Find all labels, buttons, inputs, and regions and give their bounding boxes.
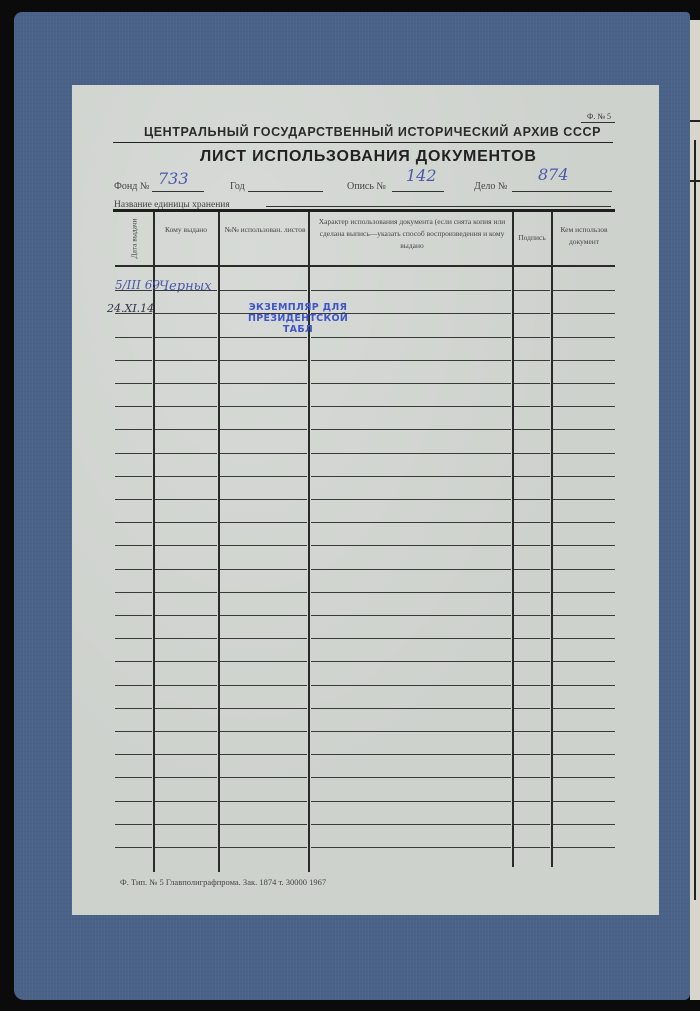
row-rule — [220, 360, 307, 361]
row-rule — [553, 360, 615, 361]
row-rule — [220, 592, 307, 593]
row-rule — [115, 754, 152, 755]
row-rule — [514, 522, 550, 523]
row-rule — [514, 429, 550, 430]
row-rule — [514, 290, 550, 291]
row-rule — [115, 615, 152, 616]
row-rule — [115, 801, 152, 802]
row-rule — [514, 708, 550, 709]
form-number: Ф. № 5 — [581, 112, 615, 123]
stamp-line-2: ПРЕЗИДЕНТСКОЙ — [248, 313, 348, 324]
row-rule — [155, 824, 217, 825]
row-rule — [115, 313, 152, 314]
row-rule — [220, 290, 307, 291]
row-rule — [155, 545, 217, 546]
row-rule — [220, 569, 307, 570]
presidential-copy-stamp: ЭКЗЕМПЛЯР ДЛЯ ПРЕЗИДЕНТСКОЙ ТАБЛ — [248, 302, 348, 335]
row-rule — [514, 592, 550, 593]
row-rule — [311, 777, 511, 778]
archive-name: ЦЕНТРАЛЬНЫЙ ГОСУДАРСТВЕННЫЙ ИСТОРИЧЕСКИЙ… — [144, 125, 601, 139]
row-rule — [553, 661, 615, 662]
row-rule — [155, 406, 217, 407]
delo-value[interactable]: 874 — [538, 165, 569, 184]
row-rule — [155, 847, 217, 848]
fond-value[interactable]: 733 — [158, 169, 189, 188]
row-rule — [115, 824, 152, 825]
row-rule — [115, 453, 152, 454]
row-rule — [311, 290, 511, 291]
row-rule — [553, 847, 615, 848]
header-signature: Подпись — [514, 232, 550, 244]
row-rule — [311, 708, 511, 709]
row-rule — [514, 685, 550, 686]
opis-value[interactable]: 142 — [406, 166, 437, 185]
row-rule — [514, 476, 550, 477]
row-rule — [220, 661, 307, 662]
row-rule — [514, 777, 550, 778]
stamp-line-1: ЭКЗЕМПЛЯР ДЛЯ — [248, 302, 348, 313]
row-rule — [553, 824, 615, 825]
fond-line — [152, 191, 204, 192]
row-rule — [514, 406, 550, 407]
header-issued-to: Кому выдано — [157, 224, 215, 236]
opis-line — [392, 191, 444, 192]
row-rule — [311, 685, 511, 686]
row-rule — [514, 337, 550, 338]
row-rule — [514, 313, 550, 314]
row-rule — [155, 638, 217, 639]
row-rule — [115, 476, 152, 477]
row-rule — [553, 777, 615, 778]
row-rule — [514, 638, 550, 639]
row-rule — [311, 383, 511, 384]
row-rule — [553, 499, 615, 500]
row-rule — [155, 453, 217, 454]
row-rule — [311, 545, 511, 546]
year-label: Год — [230, 181, 245, 192]
row-rule — [155, 569, 217, 570]
row-rule — [553, 476, 615, 477]
row-rule — [115, 685, 152, 686]
row-rule — [514, 499, 550, 500]
row-rule — [553, 453, 615, 454]
row-rule — [220, 337, 307, 338]
row-rule — [553, 313, 615, 314]
opis-label: Опись № — [347, 181, 386, 192]
delo-label: Дело № — [474, 181, 507, 192]
row-rule — [514, 360, 550, 361]
row-rule — [311, 754, 511, 755]
row-rule — [115, 499, 152, 500]
row-rule — [155, 685, 217, 686]
row-rule — [220, 453, 307, 454]
col-divider — [512, 212, 514, 867]
row-rule — [514, 661, 550, 662]
row-rule — [514, 615, 550, 616]
row-rule — [115, 383, 152, 384]
row-rule — [155, 383, 217, 384]
row-rule — [115, 290, 152, 291]
row-rule — [220, 406, 307, 407]
row-rule — [155, 777, 217, 778]
row-rule — [220, 801, 307, 802]
row-rule — [553, 522, 615, 523]
row-rule — [514, 754, 550, 755]
row-rule — [311, 337, 511, 338]
row-rule — [155, 522, 217, 523]
row-rule — [553, 569, 615, 570]
row-rule — [115, 429, 152, 430]
row-rule — [311, 522, 511, 523]
row-rule — [311, 569, 511, 570]
row-rule — [155, 731, 217, 732]
row-rule — [220, 383, 307, 384]
row-rule — [553, 685, 615, 686]
row-rule — [311, 615, 511, 616]
row-rule — [220, 429, 307, 430]
stamp-line-3: ТАБЛ — [248, 324, 348, 335]
print-imprint: Ф. Тип. № 5 Главполиграфпрома. Зак. 1874… — [120, 877, 326, 887]
fond-label: Фонд № — [114, 181, 149, 192]
divider — [113, 142, 613, 143]
row-rule — [115, 708, 152, 709]
row-rule — [311, 592, 511, 593]
unit-name-line — [266, 206, 611, 207]
row-rule — [553, 592, 615, 593]
row-rule — [311, 801, 511, 802]
row-rule — [553, 545, 615, 546]
row-rule — [220, 685, 307, 686]
row-rule — [220, 545, 307, 546]
row-rule — [155, 708, 217, 709]
page-title: ЛИСТ ИСПОЛЬЗОВАНИЯ ДОКУМЕНТОВ — [200, 148, 537, 166]
row-1-issued-to[interactable]: Черных — [159, 279, 212, 294]
row-rule — [311, 406, 511, 407]
row-rule — [311, 731, 511, 732]
row-rule — [553, 731, 615, 732]
row-rule — [220, 522, 307, 523]
row-rule — [220, 499, 307, 500]
row-rule — [220, 777, 307, 778]
row-rule — [115, 731, 152, 732]
row-rule — [553, 383, 615, 384]
row-rule — [553, 801, 615, 802]
row-rule — [220, 847, 307, 848]
delo-line — [512, 191, 612, 192]
row-rule — [155, 337, 217, 338]
row-rule — [514, 824, 550, 825]
row-rule — [311, 360, 511, 361]
row-rule — [514, 569, 550, 570]
year-line — [248, 191, 323, 192]
row-rule — [311, 638, 511, 639]
row-rule — [220, 708, 307, 709]
row-rule — [115, 360, 152, 361]
row-rule — [514, 731, 550, 732]
row-rule — [220, 754, 307, 755]
row-rule — [115, 337, 152, 338]
row-rule — [311, 453, 511, 454]
row-rule — [514, 545, 550, 546]
row-rule — [220, 638, 307, 639]
row-rule — [115, 545, 152, 546]
row-rule — [553, 429, 615, 430]
row-rule — [553, 337, 615, 338]
row-rule — [115, 569, 152, 570]
row-rule — [553, 708, 615, 709]
row-rule — [115, 406, 152, 407]
row-rule — [155, 615, 217, 616]
row-rule — [115, 638, 152, 639]
adjacent-page-edge — [690, 20, 700, 1000]
row-rule — [115, 777, 152, 778]
row-rule — [311, 661, 511, 662]
row-rule — [553, 638, 615, 639]
row-rule — [155, 290, 217, 291]
row-rule — [155, 499, 217, 500]
row-rule — [311, 847, 511, 848]
header-usage: Характер использования документа (если с… — [314, 216, 510, 252]
row-rule — [311, 429, 511, 430]
row-rule — [155, 360, 217, 361]
header-sheets: №№ использован. листов — [223, 224, 307, 236]
row-rule — [115, 592, 152, 593]
header-used-by: Кем использов документ — [553, 224, 615, 248]
row-rule — [311, 499, 511, 500]
row-rule — [155, 313, 217, 314]
row-rule — [553, 290, 615, 291]
row-rule — [155, 754, 217, 755]
header-date-cell: Дата выдачи — [117, 220, 151, 264]
row-rule — [115, 522, 152, 523]
row-rule — [553, 754, 615, 755]
row-rule — [311, 824, 511, 825]
col-divider — [218, 212, 220, 872]
row-rule — [115, 661, 152, 662]
row-rule — [115, 847, 152, 848]
row-rule — [311, 476, 511, 477]
row-rule — [553, 615, 615, 616]
usage-sheet: Ф. № 5 ЦЕНТРАЛЬНЫЙ ГОСУДАРСТВЕННЫЙ ИСТОР… — [72, 85, 659, 915]
row-rule — [155, 476, 217, 477]
row-rule — [514, 801, 550, 802]
row-rule — [553, 406, 615, 407]
col-divider — [551, 212, 553, 867]
row-rule — [220, 313, 307, 314]
row-rule — [220, 476, 307, 477]
row-rule — [514, 453, 550, 454]
row-rule — [311, 313, 511, 314]
usage-table: Дата выдачи Кому выдано №№ использован. … — [115, 212, 615, 872]
row-rule — [155, 429, 217, 430]
row-rule — [220, 731, 307, 732]
row-rule — [155, 661, 217, 662]
header-bottom-border — [115, 265, 615, 267]
row-rule — [220, 615, 307, 616]
row-rule — [514, 383, 550, 384]
row-rule — [155, 592, 217, 593]
header-date: Дата выдачи — [130, 217, 139, 261]
row-rule — [220, 824, 307, 825]
row-rule — [514, 847, 550, 848]
row-rule — [155, 801, 217, 802]
